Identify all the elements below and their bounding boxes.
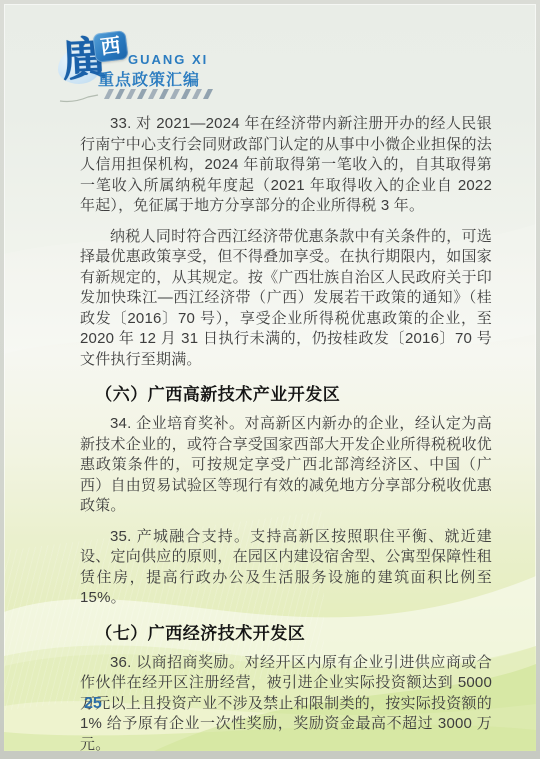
- document-content: 33. 对 2021—2024 年在经济带内新注册开办的经人民银行南宁中心支行会…: [80, 114, 492, 751]
- document-page: 廣 西 GUANG XI 重点政策汇编: [4, 4, 536, 751]
- section-heading-6-hightech-zone: （六）广西高新技术产业开发区: [80, 383, 492, 406]
- paragraph-item-34: 34. 企业培育奖补。对高新区内新办的企业，经认定为高新技术企业的，或符合享受国…: [80, 414, 492, 517]
- logo-underline-decoration: [56, 86, 216, 104]
- paragraph-item-35: 35. 产城融合支持。支持高新区按照职住平衡、就近建设、定向供应的原则，在园区内…: [80, 527, 492, 609]
- logo-guangxi-policy: 廣 西 GUANG XI 重点政策汇编: [56, 32, 226, 108]
- paragraph-item-36: 36. 以商招商奖励。对经开区内原有企业引进供应商或合作伙伴在经开区注册经营，被…: [80, 653, 492, 752]
- section-heading-7-economic-zone: （七）广西经济技术开发区: [80, 622, 492, 645]
- logo-latin-title: GUANG XI: [128, 52, 208, 67]
- logo-seal-xi-icon: 西: [92, 30, 128, 63]
- scanned-document: 廣 西 GUANG XI 重点政策汇编: [0, 0, 540, 759]
- paragraph-item-33: 33. 对 2021—2024 年在经济带内新注册开办的经人民银行南宁中心支行会…: [80, 114, 492, 217]
- paragraph-taxpayer-note: 纳税人同时符合西江经济带优惠条款中有关条件的，可选择最优惠政策享受，但不得叠加享…: [80, 227, 492, 371]
- logo-seal-xi-char: 西: [99, 35, 121, 57]
- page-number: 25: [84, 695, 102, 713]
